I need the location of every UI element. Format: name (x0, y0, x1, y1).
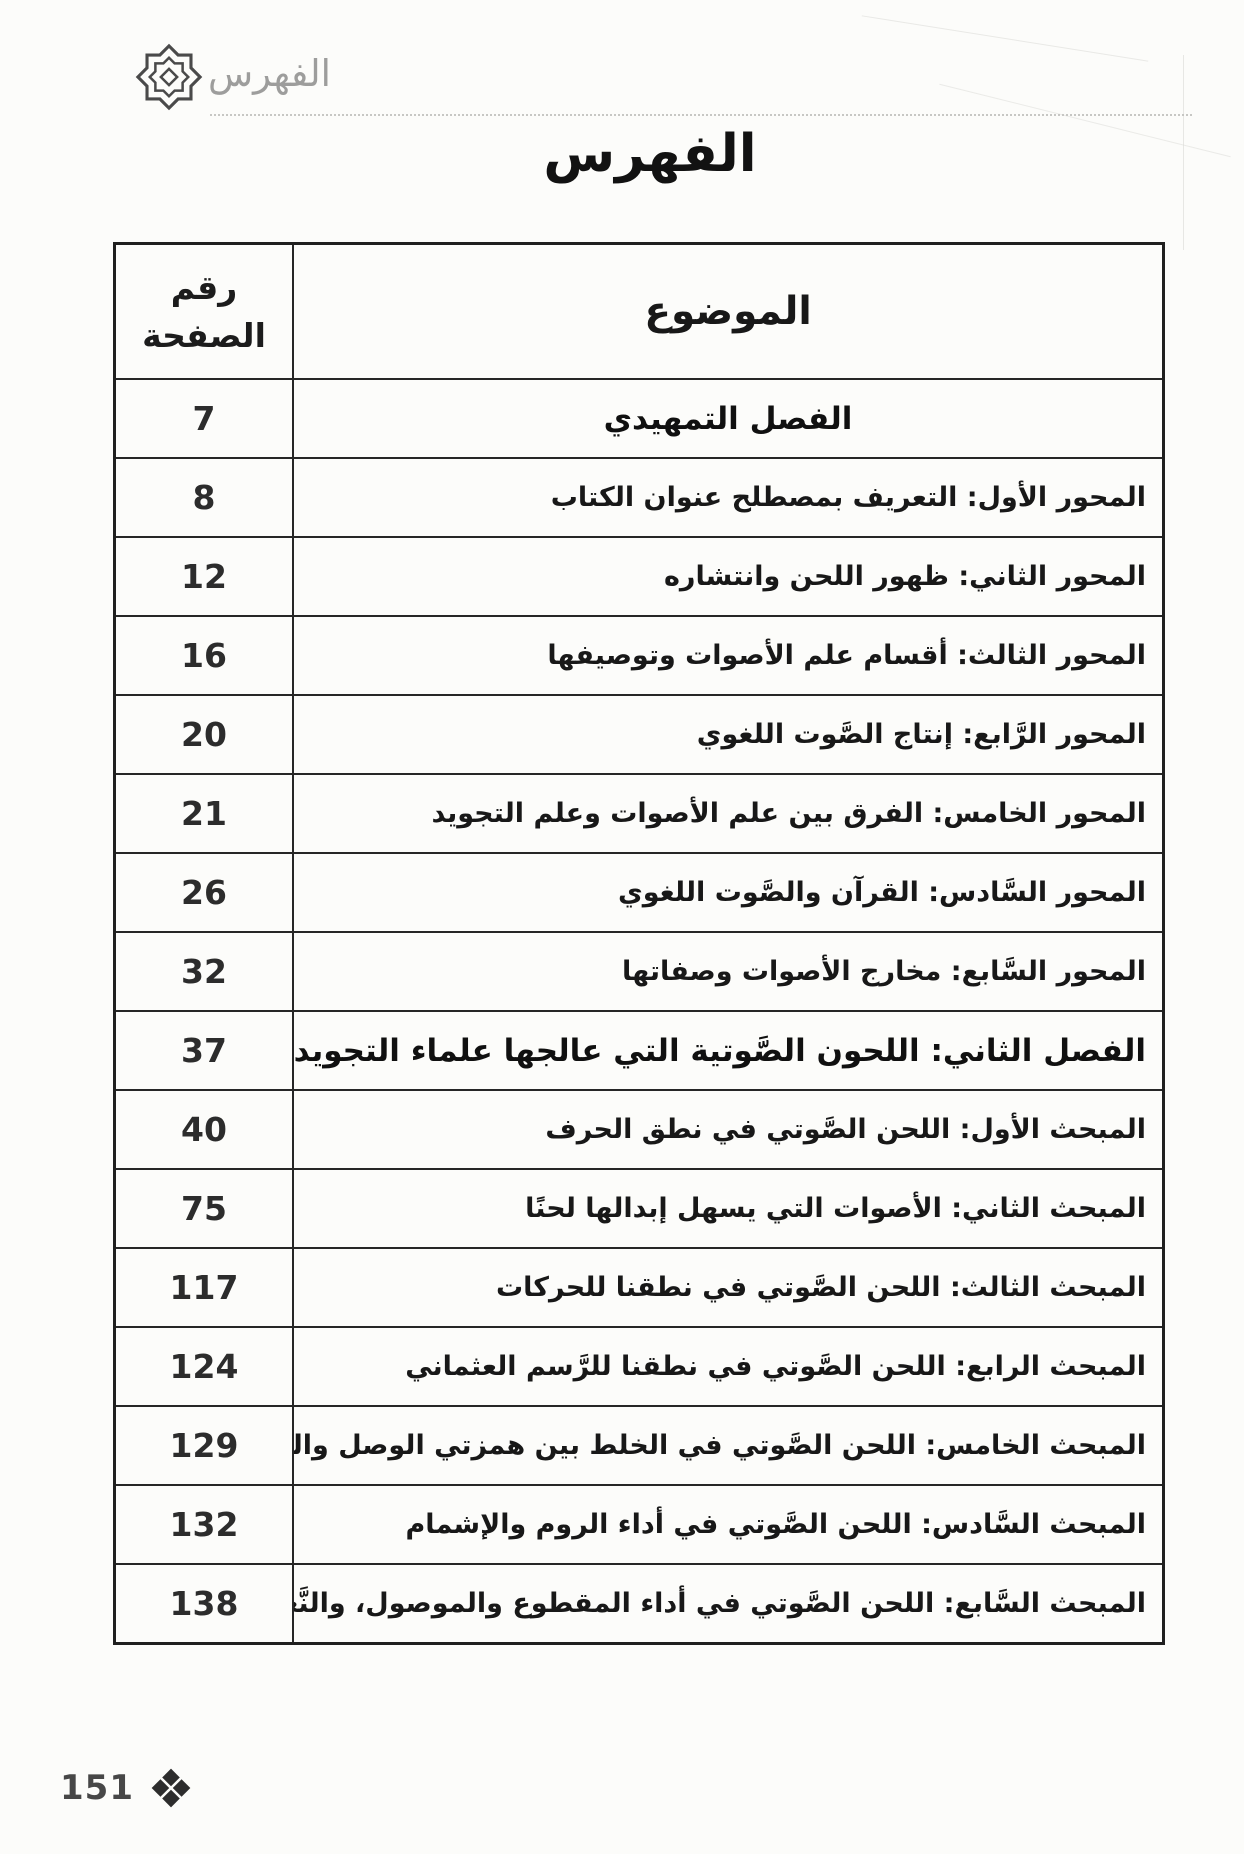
four-diamond-ornament-icon (149, 1766, 193, 1810)
subject-cell: الفصل التمهيدي (294, 380, 1162, 457)
subject-cell: المحور الثاني: ظهور اللحن وانتشاره (294, 538, 1162, 615)
page-number-header-line1: رقم (171, 264, 237, 312)
folio-number: 151 (60, 1768, 134, 1808)
page-footer: 151 (60, 1766, 193, 1810)
table-row: 117 المبحث الثالث: اللحن الصَّوتي في نطق… (116, 1247, 1162, 1326)
scan-crease (862, 15, 1149, 61)
page-number-cell: 16 (116, 617, 294, 694)
subject-cell: المحور الرَّابع: إنتاج الصَّوت اللغوي (294, 696, 1162, 773)
toc-rows: 7 الفصل التمهيدي 8 المحور الأول: التعريف… (116, 378, 1162, 1642)
table-row: 16 المحور الثالث: أقسام علم الأصوات وتوص… (116, 615, 1162, 694)
subject-cell: المبحث الثالث: اللحن الصَّوتي في نطقنا ل… (294, 1249, 1162, 1326)
subject-cell: المحور السَّابع: مخارج الأصوات وصفاتها (294, 933, 1162, 1010)
table-row: 7 الفصل التمهيدي (116, 378, 1162, 457)
table-row: 8 المحور الأول: التعريف بمصطلح عنوان الك… (116, 457, 1162, 536)
page-number-cell: 132 (116, 1486, 294, 1563)
page-number-cell: 12 (116, 538, 294, 615)
subject-cell: المبحث السَّابع: اللحن الصَّوتي في أداء … (294, 1565, 1162, 1642)
table-row: 37 الفصل الثاني: اللحون الصَّوتية التي ع… (116, 1010, 1162, 1089)
page-number-cell: 26 (116, 854, 294, 931)
subject-cell: المبحث الأول: اللحن الصَّوتي في نطق الحر… (294, 1091, 1162, 1168)
subject-cell: المبحث الثاني: الأصوات التي يسهل إبدالها… (294, 1170, 1162, 1247)
subject-cell: المبحث الرابع: اللحن الصَّوتي في نطقنا ل… (294, 1328, 1162, 1405)
page-number-column-header: رقم الصفحة (116, 245, 294, 378)
page-number-cell: 20 (116, 696, 294, 773)
page-number-cell: 117 (116, 1249, 294, 1326)
table-row: 75 المبحث الثاني: الأصوات التي يسهل إبدا… (116, 1168, 1162, 1247)
subject-cell: المحور الثالث: أقسام علم الأصوات وتوصيفه… (294, 617, 1162, 694)
page-number-cell: 32 (116, 933, 294, 1010)
table-row: 21 المحور الخامس: الفرق بين علم الأصوات … (116, 773, 1162, 852)
subject-column-header: الموضوع (294, 245, 1162, 378)
page-number-cell: 138 (116, 1565, 294, 1642)
table-row: 138 المبحث السَّابع: اللحن الصَّوتي في أ… (116, 1563, 1162, 1642)
page-number-cell: 37 (116, 1012, 294, 1089)
table-row: 12 المحور الثاني: ظهور اللحن وانتشاره (116, 536, 1162, 615)
page-number-cell: 7 (116, 380, 294, 457)
page-title: الفهرس (0, 124, 1244, 184)
book-page: الفهرس الفهرس رقم الصفحة الموضوع 7 الفصل… (0, 0, 1244, 1854)
toc-table: رقم الصفحة الموضوع 7 الفصل التمهيدي 8 ال… (113, 242, 1165, 1645)
subject-cell: المحور الخامس: الفرق بين علم الأصوات وعل… (294, 775, 1162, 852)
table-row: 32 المحور السَّابع: مخارج الأصوات وصفاته… (116, 931, 1162, 1010)
page-number-cell: 129 (116, 1407, 294, 1484)
table-row: 132 المبحث السَّادس: اللحن الصَّوتي في أ… (116, 1484, 1162, 1563)
page-number-cell: 8 (116, 459, 294, 536)
eight-point-star-icon (132, 40, 206, 114)
table-row: 26 المحور السَّادس: القرآن والصَّوت اللغ… (116, 852, 1162, 931)
page-number-cell: 21 (116, 775, 294, 852)
header-divider (210, 114, 1192, 116)
page-number-cell: 124 (116, 1328, 294, 1405)
table-row: 124 المبحث الرابع: اللحن الصَّوتي في نطق… (116, 1326, 1162, 1405)
page-number-cell: 75 (116, 1170, 294, 1247)
page-number-header-line2: الصفحة (142, 312, 266, 360)
table-header-row: رقم الصفحة الموضوع (116, 245, 1162, 378)
subject-cell: المحور الأول: التعريف بمصطلح عنوان الكتا… (294, 459, 1162, 536)
subject-cell: المبحث الخامس: اللحن الصَّوتي في الخلط ب… (294, 1407, 1162, 1484)
subject-cell: المحور السَّادس: القرآن والصَّوت اللغوي (294, 854, 1162, 931)
table-row: 40 المبحث الأول: اللحن الصَّوتي في نطق ا… (116, 1089, 1162, 1168)
page-number-cell: 40 (116, 1091, 294, 1168)
running-header-label: الفهرس (208, 52, 331, 95)
subject-cell: المبحث السَّادس: اللحن الصَّوتي في أداء … (294, 1486, 1162, 1563)
table-row: 129 المبحث الخامس: اللحن الصَّوتي في الخ… (116, 1405, 1162, 1484)
subject-cell: الفصل الثاني: اللحون الصَّوتية التي عالج… (294, 1012, 1162, 1089)
table-row: 20 المحور الرَّابع: إنتاج الصَّوت اللغوي (116, 694, 1162, 773)
